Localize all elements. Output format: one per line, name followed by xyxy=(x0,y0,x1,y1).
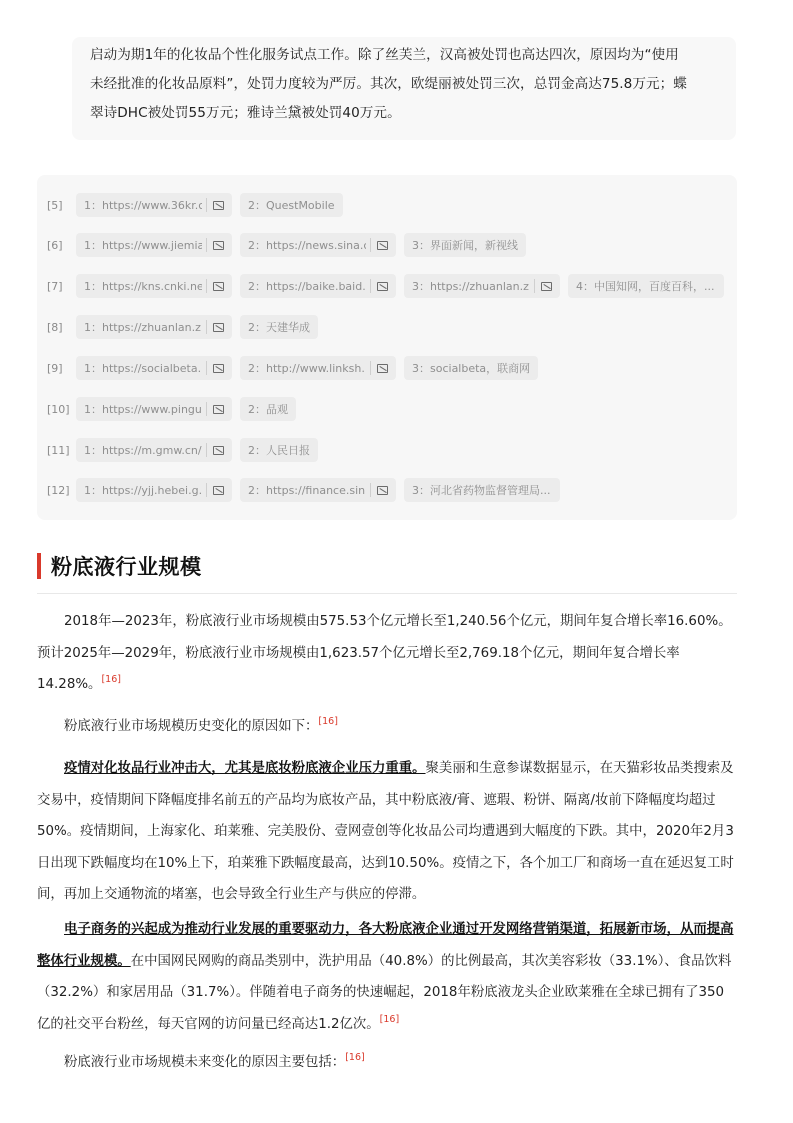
reference-row: [12] 1：https://yjj.hebei.g... 2：https://… xyxy=(37,478,568,502)
reference-link-chip[interactable]: 3：https://zhuanlan.z... xyxy=(404,274,560,298)
reference-row: [5] 1：https://www.36kr.c... 2：QuestMobil… xyxy=(37,193,351,217)
reference-link-chip[interactable]: 1：https://kns.cnki.ne... xyxy=(76,274,232,298)
external-link-icon[interactable] xyxy=(377,282,388,291)
reference-number: [9] xyxy=(37,362,76,375)
reference-row: [7] 1：https://kns.cnki.ne... 2：https://b… xyxy=(37,274,732,298)
reference-source-chip: 2：人民日报 xyxy=(240,438,318,462)
citation-link[interactable]: [16] xyxy=(345,1052,365,1063)
quote-line: 翠诗DHC被处罚55万元；雅诗兰黛被处罚40万元。 xyxy=(90,99,718,128)
reference-link-chip[interactable]: 1：https://www.36kr.c... xyxy=(76,193,232,217)
citation-link[interactable]: [16] xyxy=(101,674,121,685)
citation-link[interactable]: [16] xyxy=(318,716,338,727)
external-link-icon[interactable] xyxy=(213,241,224,250)
external-link-icon[interactable] xyxy=(213,201,224,210)
reference-source-chip: 2：天建华成 xyxy=(240,315,318,339)
reference-link-chip[interactable]: 1：https://m.gmw.cn/... xyxy=(76,438,232,462)
external-link-icon[interactable] xyxy=(377,364,388,373)
reference-link-chip[interactable]: 2：https://baike.baid... xyxy=(240,274,396,298)
quote-line: 未经批准的化妆品原料”，处罚力度较为严厉。其次，欧缇丽被处罚三次，总罚金高达75… xyxy=(90,70,718,99)
paragraph-ecommerce: 电子商务的兴起成为推动行业发展的重要驱动力，各大粉底液企业通过开发网络营销渠道，… xyxy=(37,914,737,1040)
section-title: 粉底液行业规模 xyxy=(51,551,202,581)
reference-link-chip[interactable]: 2：http://www.linksh... xyxy=(240,356,396,380)
reference-number: [10] xyxy=(37,403,76,416)
external-link-icon[interactable] xyxy=(541,282,552,291)
references-panel: [5] 1：https://www.36kr.c... 2：QuestMobil… xyxy=(37,175,737,520)
reference-row: [8] 1：https://zhuanlan.z... 2：天建华成 xyxy=(37,315,326,339)
paragraph-history-intro: 粉底液行业市场规模历史变化的原因如下：[16] xyxy=(37,711,737,743)
heading-divider xyxy=(37,593,737,594)
reference-row: [11] 1：https://m.gmw.cn/... 2：人民日报 xyxy=(37,438,326,462)
reference-number: [12] xyxy=(37,484,76,497)
heading-accent-bar xyxy=(37,553,41,579)
reference-source-chip: 2：QuestMobile xyxy=(240,193,343,217)
external-link-icon[interactable] xyxy=(213,323,224,332)
quote-line: 启动为期1年的化妆品个性化服务试点工作。除了丝芙兰，汉高被处罚也高达四次，原因均… xyxy=(90,41,718,70)
reference-number: [7] xyxy=(37,280,76,293)
reference-link-chip[interactable]: 2：https://news.sina.c... xyxy=(240,233,396,257)
reference-link-chip[interactable]: 1：https://www.jiemia... xyxy=(76,233,232,257)
reference-row: [6] 1：https://www.jiemia... 2：https://ne… xyxy=(37,233,534,257)
reference-link-chip[interactable]: 1：https://zhuanlan.z... xyxy=(76,315,232,339)
citation-link[interactable]: [16] xyxy=(380,1014,400,1025)
reference-link-chip[interactable]: 1：https://www.pingu... xyxy=(76,397,232,421)
reference-source-chip: 3：界面新闻，新视线 xyxy=(404,233,526,257)
quote-box: 启动为期1年的化妆品个性化服务试点工作。除了丝芙兰，汉高被处罚也高达四次，原因均… xyxy=(72,37,736,140)
key-point: 疫情对化妆品行业冲击大，尤其是底妆粉底液企业压力重重。 xyxy=(64,761,426,776)
external-link-icon[interactable] xyxy=(377,486,388,495)
reference-source-chip: 2：品观 xyxy=(240,397,296,421)
external-link-icon[interactable] xyxy=(213,486,224,495)
reference-number: [8] xyxy=(37,321,76,334)
paragraph-market-size: 2018年—2023年，粉底液行业市场规模由575.53个亿元增长至1,240.… xyxy=(37,606,737,701)
external-link-icon[interactable] xyxy=(377,241,388,250)
reference-row: [10] 1：https://www.pingu... 2：品观 xyxy=(37,397,304,421)
reference-link-chip[interactable]: 1：https://socialbeta.... xyxy=(76,356,232,380)
reference-source-chip: 3：河北省药物监督管理局... xyxy=(404,478,560,502)
paragraph-pandemic-impact: 疫情对化妆品行业冲击大，尤其是底妆粉底液企业压力重重。聚美丽和生意参谋数据显示，… xyxy=(37,753,737,911)
reference-number: [5] xyxy=(37,199,76,212)
external-link-icon[interactable] xyxy=(213,282,224,291)
reference-link-chip[interactable]: 1：https://yjj.hebei.g... xyxy=(76,478,232,502)
reference-source-chip: 3：socialbeta，联商网 xyxy=(404,356,538,380)
external-link-icon[interactable] xyxy=(213,364,224,373)
section-heading: 粉底液行业规模 xyxy=(37,553,202,579)
external-link-icon[interactable] xyxy=(213,405,224,414)
reference-number: [11] xyxy=(37,444,76,457)
reference-link-chip[interactable]: 2：https://finance.sin... xyxy=(240,478,396,502)
reference-number: [6] xyxy=(37,239,76,252)
external-link-icon[interactable] xyxy=(213,446,224,455)
reference-source-chip: 4：中国知网，百度百科，... xyxy=(568,274,724,298)
reference-row: [9] 1：https://socialbeta.... 2：http://ww… xyxy=(37,356,546,380)
paragraph-future-intro: 粉底液行业市场规模未来变化的原因主要包括：[16] xyxy=(37,1047,737,1079)
